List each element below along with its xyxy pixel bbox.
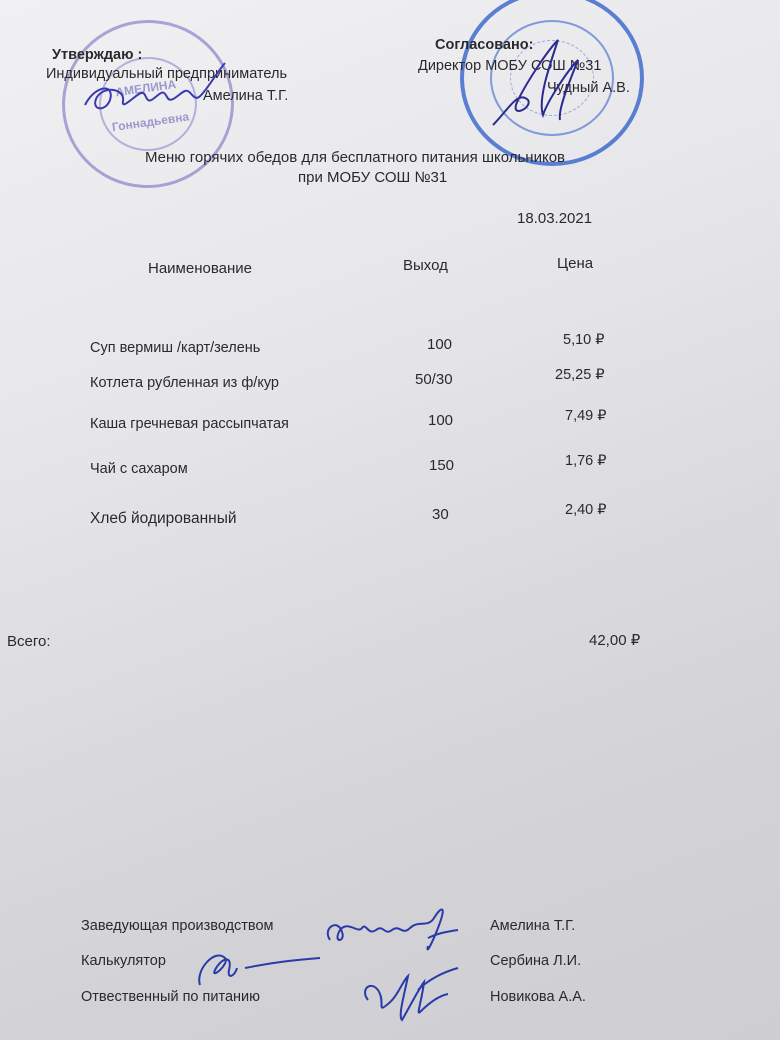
- total-label: Всего:: [7, 633, 51, 650]
- menu-item-price: 1,76 ₽: [565, 453, 606, 469]
- menu-item-output: 150: [429, 457, 454, 474]
- document-subtitle: при МОБУ СОШ №31: [298, 169, 447, 186]
- document-title: Меню горячих обедов для бесплатного пита…: [145, 149, 565, 166]
- document-date: 18.03.2021: [517, 210, 592, 227]
- approval-left-title: Утверждаю :: [52, 47, 142, 63]
- menu-item-output: 100: [428, 412, 453, 429]
- menu-item-output: 100: [427, 336, 452, 353]
- signature-name: Сербина Л.И.: [490, 953, 581, 969]
- menu-item-name: Суп вермиш /карт/зелень: [90, 340, 260, 356]
- menu-item-price: 2,40 ₽: [565, 502, 606, 518]
- approval-right-name: Чудный А.В.: [547, 80, 630, 96]
- signature-role: Калькулятор: [81, 953, 166, 969]
- total-value: 42,00 ₽: [589, 631, 640, 649]
- signature-role: Отвественный по питанию: [81, 989, 260, 1005]
- menu-item-name: Котлета рубленная из ф/кур: [90, 375, 279, 391]
- signature-calculator-icon: [185, 940, 335, 990]
- approval-right-position: Директор МОБУ СОШ №31: [418, 58, 601, 74]
- signature-responsible-icon: [358, 960, 468, 1040]
- signature-name: Амелина Т.Г.: [490, 918, 575, 934]
- menu-item-output: 30: [432, 506, 449, 523]
- menu-item-name: Каша гречневая рассыпчатая: [90, 416, 289, 432]
- approval-right-title: Согласовано:: [435, 37, 533, 53]
- approval-left-position: Индивидуальный предприниматель: [46, 66, 287, 82]
- signature-name: Новикова А.А.: [490, 989, 586, 1005]
- column-header-price: Цена: [557, 255, 593, 272]
- column-header-name: Наименование: [148, 260, 252, 277]
- signature-production-head-icon: [318, 898, 488, 958]
- approval-left-name: Амелина Т.Г.: [203, 88, 288, 104]
- menu-item-price: 5,10 ₽: [563, 332, 604, 348]
- menu-item-name: Чай с сахаром: [90, 461, 188, 477]
- menu-item-name: Хлеб йодированный: [90, 510, 237, 528]
- menu-item-price: 25,25 ₽: [555, 367, 605, 383]
- menu-item-price: 7,49 ₽: [565, 408, 606, 424]
- signature-role: Заведующая производством: [81, 918, 274, 934]
- menu-item-output: 50/30: [415, 371, 453, 388]
- stamp-subtext: Гоннадьевна: [67, 103, 233, 140]
- column-header-output: Выход: [403, 257, 448, 274]
